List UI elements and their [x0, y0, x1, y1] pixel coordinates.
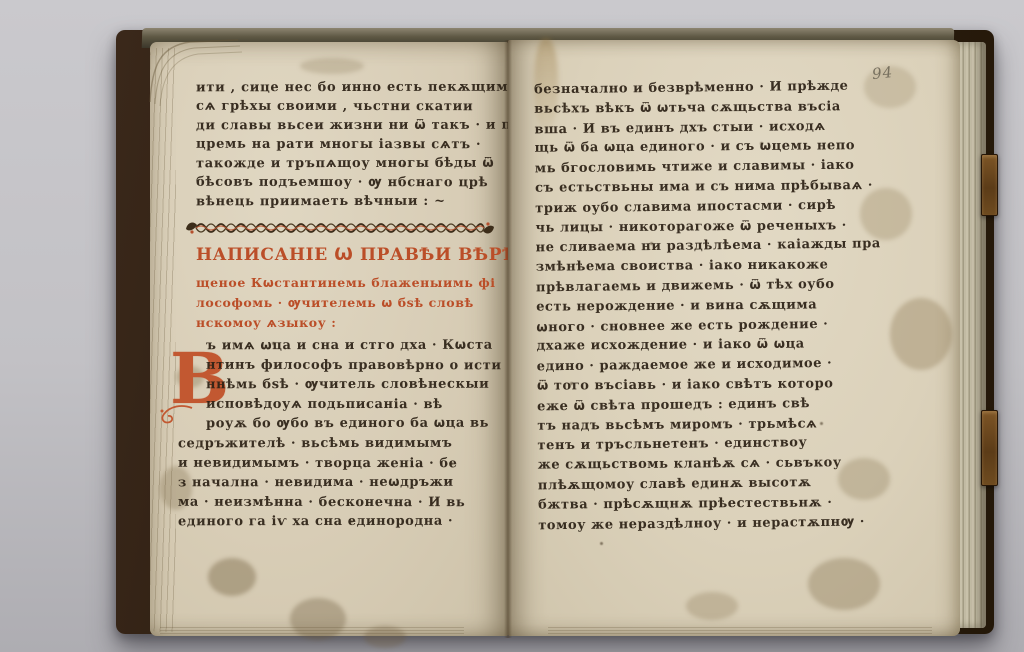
body-full-lines: седръжителѣ · вьсѣмь видимымъи невидимым… [178, 434, 504, 532]
stain [808, 558, 880, 610]
stain [890, 298, 952, 370]
manuscript-text-line: единого га іѵ ха сна единородна · [178, 512, 504, 532]
manuscript-book: ити , сице нес бо инно есть пекѫщим насѧ… [114, 28, 998, 644]
rubric-subtitle-line: нскомоу ѧзыкоу : [196, 313, 508, 333]
manuscript-text-line: роуѫ бо ѹбо въ единого ба ѡца вь [206, 414, 504, 434]
initial-flourish [158, 402, 194, 428]
manuscript-text-line: цремь на рати многы іазвы сѧтъ · [196, 135, 506, 155]
stain [686, 592, 738, 620]
manuscript-text-line: ди славы вьсеи жизни ни ѿ такъ · и прѣ [196, 116, 506, 136]
fly-speck [600, 542, 603, 545]
rubric-heading: НАПИСАНІЕ Ѡ ПРАВѢИ ВѢРѢ · ИЗѸ щеное Кѡст… [196, 245, 508, 333]
right-page: 94 безначално и безврѣменно · И прѣждевь… [508, 40, 960, 636]
manuscript-text-line: ма · неизмѣнна · бесконечна · И вь [178, 492, 504, 512]
left-page-ending-paragraph: ити , сице нес бо инно есть пекѫщим насѧ… [196, 78, 506, 211]
manuscript-text-line: нтинъ философъ правовѣрно о исти [206, 355, 504, 375]
stain [290, 598, 346, 640]
rubric-subtitle-line: лософомь · ѹчителемь ѡ бѕѣ словѣ [196, 293, 508, 313]
bottom-sheet-edges [548, 627, 932, 634]
manuscript-text-line: есть нерождение · и вина сѫщима [536, 295, 884, 318]
left-page: ити , сице нес бо инно есть пекѫщим насѧ… [150, 42, 508, 636]
manuscript-text-line: седръжителѣ · вьсѣмь видимымъ [178, 434, 504, 454]
clasp-fitting-bottom [981, 410, 998, 486]
manuscript-text-line: исповѣдоуѧ подьписаніа · вѣ [206, 395, 504, 415]
stain [300, 58, 364, 74]
manuscript-text-line: бжтва · прѣсѫщнѫ прѣестествьнѫ · [538, 493, 886, 516]
manuscript-text-line: ннѣмь бѕѣ · ѹчитель словѣнескыи [206, 375, 504, 395]
manuscript-text-line: ити , сице нес бо инно есть пекѫщим на [196, 78, 506, 98]
manuscript-text-line: триж оубо славима ипостасми · сирѣ [535, 195, 883, 219]
stain [208, 558, 256, 596]
gutter-shadow [504, 40, 512, 638]
rubric-title-line: НАПИСАНІЕ Ѡ ПРАВѢИ ВѢРѢ · ИЗѸ [196, 245, 508, 265]
divider-ornament [184, 219, 496, 241]
manuscript-text-line: ъ имѧ ѡца и сна и стго дха · Кѡста [206, 336, 504, 356]
manuscript-text-line: еже ѿ свѣта прошедъ : единъ свѣ [537, 393, 885, 417]
manuscript-text-line: и невидимымъ · творца женіа · бе [178, 453, 504, 473]
manuscript-text-line: такожде и тръпѧщоу многы бѣды ѿ [196, 154, 506, 174]
manuscript-text-line: бѣсовъ подъемшоу · ѹ нбснаго црѣ [196, 173, 506, 193]
manuscript-text-line: вѣнець приимаеть вѣчныи : ~ [196, 192, 506, 212]
manuscript-text-line: томоу же нераздѣлноу · и нерастѫпнѹ · [538, 512, 886, 536]
rubric-subtitle-line: щеное Кѡстантинемь блаженыимь фі [196, 273, 508, 293]
body-indented-lines: ъ имѧ ѡца и сна и стго дха · Кѡстантинъ … [206, 336, 504, 434]
clasp-fitting-top [981, 154, 998, 216]
photo-background: ити , сице нес бо инно есть пекѫщим насѧ… [0, 0, 1024, 652]
stain [364, 626, 406, 648]
manuscript-text-line: сѧ грѣхы своими , чьстни скатии [196, 97, 506, 117]
manuscript-text-line: з начална · невидима · неѡдръжи [178, 473, 504, 493]
left-page-body: В ъ имѧ ѡца и сна и стго дха · Кѡстантин… [178, 336, 504, 532]
right-page-text: безначално и безврѣменно · И прѣждевьсѣх… [534, 77, 886, 536]
